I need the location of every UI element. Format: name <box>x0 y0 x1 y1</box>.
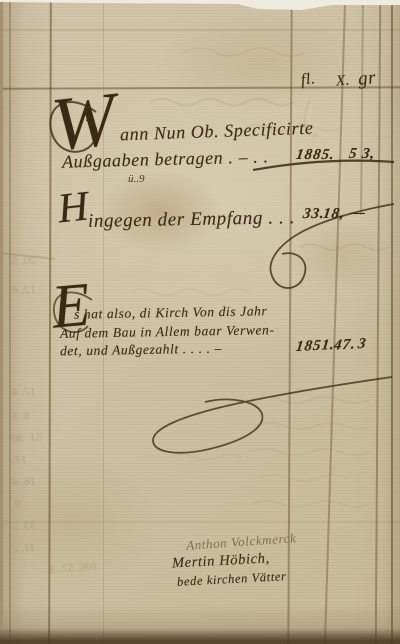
entry1-initial: W <box>49 89 118 156</box>
bleedthrough-number: 12. 8 <box>12 281 52 297</box>
entry2-line1: ingegen der Empfang . . . <box>88 208 295 231</box>
bleedthrough-number: 11. 2 <box>12 539 52 555</box>
entry3-amount-gr: 3 <box>357 336 368 353</box>
bleedthrough-number: 9. <box>12 495 52 511</box>
entry3-amount-x: 47. <box>333 336 357 354</box>
bleedthrough-number: 8. 5 <box>12 407 52 423</box>
column-header-fl: fl. <box>300 71 317 89</box>
paper-bottom-edge <box>0 628 400 644</box>
bleedthrough-number: 16. 4 <box>12 473 52 489</box>
closing-flourish <box>153 377 392 453</box>
entry1-amount-x: 5 <box>348 146 359 163</box>
entry3-line3: det, und Außgezahlt . . . . – <box>60 342 222 358</box>
bleedthrough-number: 17. <box>12 451 52 467</box>
bleedthrough-number: 17. 4 <box>12 383 52 399</box>
bleedthrough-script-marks <box>130 48 388 507</box>
entry2-amount-gr: — <box>349 205 366 222</box>
manuscript-page: fl. X. gr W ann Nun Ob. Specificirte Auß… <box>0 0 400 644</box>
bleedthrough-number: 33. 5 <box>12 517 52 533</box>
column-header-gr: gr <box>357 68 377 89</box>
entry2-amount-x: 18, <box>322 206 346 223</box>
bleedthrough-number: 51. 30 <box>12 429 52 445</box>
paper-left-edge <box>0 0 3 644</box>
bleedthrough-number: 20. 5 <box>12 252 52 268</box>
paper-left-seam <box>9 0 11 644</box>
entry3-amount-fl: 1851. <box>295 337 336 356</box>
entry1-amount-fl: 1885. <box>295 147 336 164</box>
column-header-kreuzer: X. <box>335 74 350 90</box>
entry3-line1: s hat also, di Kirch Von dis Jahr <box>74 304 268 321</box>
entry2-initial: H <box>56 191 90 228</box>
entry1-amount-gr: 3, <box>361 146 377 163</box>
entry1-note: ü..9 <box>128 173 145 185</box>
